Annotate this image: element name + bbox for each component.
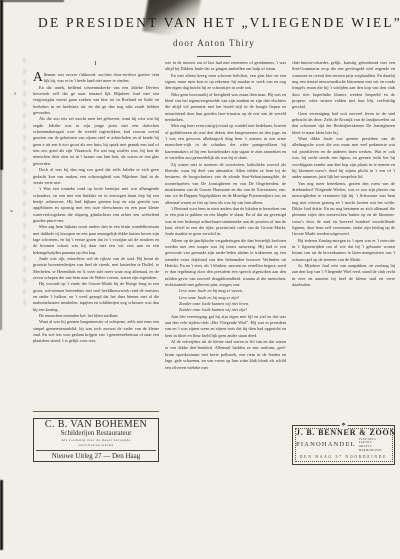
column-2-text: wie in de miserie zat of last had met re…	[165, 60, 286, 452]
ad-fine-line: ORGELS · HARMONIUMS	[359, 445, 391, 452]
scan-speck-artifact	[14, 92, 16, 95]
section-number: I	[33, 60, 159, 68]
paragraph: Al de velorijders uit de kleine stad war…	[165, 339, 286, 371]
paragraph: Juule was rijk, misschien wel de rijkste…	[33, 256, 159, 281]
ad-ornament-icon: ❖	[339, 423, 347, 429]
paragraph: Ja, Mijnheer Juul wist van aanpakken, en…	[292, 263, 395, 288]
ad-trade-row: PIANOHANDEL VLEUGELS · PIANO'S ORGELS · …	[296, 438, 391, 452]
article-body: I Alleman was erover t'akkoord: zoo'nen …	[33, 60, 395, 465]
ad-fine-print: Als zoodanig door de meest bevoegde auto…	[36, 438, 156, 447]
paragraph: club-fanion-cokardes gelijk, kunstig geb…	[292, 60, 395, 111]
scan-speck-artifact	[10, 210, 13, 212]
ad-trade-label: PIANOHANDEL	[296, 442, 356, 448]
paragraph: Want dikke Juule was geenen president va…	[292, 136, 395, 180]
article-column-2: wie in de miserie zat of last had met re…	[165, 60, 286, 465]
ad-side-fine-print: VLEUGELS · PIANO'S ORGELS · HARMONIUMS	[359, 438, 391, 452]
page-title: DE PRESIDENT VAN HET „VLIEGENDE WIEL”	[38, 15, 390, 31]
paragraph: 't Bestond voor hem in niets anders dan …	[165, 206, 286, 238]
paragraph: En dat uniek, brillend schoenmakerke van…	[33, 85, 159, 117]
ad-fine-line: autoriteiten erkend	[36, 443, 156, 447]
article-column-1: I Alleman was erover t'akkoord: zoo'nen …	[33, 60, 159, 465]
paragraph: Aan één vereeniging gaf hij zijn eigen m…	[165, 314, 286, 339]
paragraph: Van nog meer beteekenis, gezien den roem…	[292, 181, 395, 238]
paragraph: Alleman was erover t'akkoord: zoo'nen do…	[33, 72, 159, 85]
verse-block: Leve onze Juule en hij mag er wezen.Leve…	[165, 288, 286, 313]
ad-van-bohemen: C. B. VAN BOHEMEN Schilderijen Restaurat…	[33, 418, 159, 462]
ad-advertiser-name: J. B. BENNER & ZOON	[296, 430, 391, 436]
ad-advertiser-name: C. B. VAN BOHEMEN	[36, 422, 156, 428]
paragraph: wie in de miserie zat of last had met re…	[165, 60, 286, 73]
scanned-newspaper-page: DE PRESIDENT VAN HET „VLIEGENDE WIEL” do…	[0, 0, 400, 559]
paragraph: Alleen op de jaarlijksche vergaderingen …	[165, 238, 286, 289]
byline: door Anton Thiry	[38, 38, 390, 48]
drop-cap: A	[33, 72, 44, 83]
scan-edge-artifact	[0, 0, 64, 2]
ad-address: DEN HAAG 97 NOORDEINDE	[296, 454, 391, 460]
scan-edge-artifact	[0, 480, 3, 550]
column-1-text: I Alleman was erover t'akkoord: zoo'nen …	[33, 60, 159, 406]
column-3-text: club-fanion-cokardes gelijk, kunstig geb…	[292, 60, 395, 418]
ad-subtitle: Schilderijen Restaurateur	[36, 430, 156, 436]
paragraph: Zij waren niet te noemen de societeiten,…	[165, 162, 286, 206]
paragraph: Als die zoo iets zei mocht men het geloo…	[33, 116, 159, 167]
paragraph: Niks geen hoovaardij of fierigheid was e…	[165, 92, 286, 124]
ad-divider	[33, 411, 159, 412]
paragraph: Geen vereeniging had ooit zooveel leven …	[292, 111, 395, 136]
article-column-3: club-fanion-cokardes gelijk, kunstig geb…	[292, 60, 395, 465]
paragraph: 't Was een tonneke rond op korte beentje…	[33, 186, 159, 224]
paragraph: Doch al was hij dan nog zoo goed dat zel…	[33, 167, 159, 186]
header-divider	[197, 56, 231, 57]
article-header: DE PRESIDENT VAN HET „VLIEGENDE WIEL” do…	[38, 15, 390, 57]
paragraph: Want al was hij geenen burgemeester of s…	[33, 319, 159, 344]
scan-smudge-artifact	[23, 58, 26, 308]
paragraph: Hij woonde op 't einde der Groote-Markt …	[33, 281, 159, 313]
paragraph: En niet alleen kreeg men schoone belofte…	[165, 73, 286, 92]
paragraph: Men zag hem bijkans nooit anders dan in …	[33, 224, 159, 256]
paragraph: Bij iederen Zondag-morgen in 't open was…	[292, 238, 395, 263]
scan-edge-artifact	[0, 170, 2, 330]
ad-address: Nieuwe Uitleg 27 — Den Haag	[36, 450, 156, 460]
ad-benner-zoon: ❖ J. B. BENNER & ZOON PIANOHANDEL VLEUGE…	[292, 425, 395, 465]
paragraph: Men zag hem even rustig-joviaal op wande…	[165, 123, 286, 161]
scan-edge-artifact	[0, 0, 3, 170]
